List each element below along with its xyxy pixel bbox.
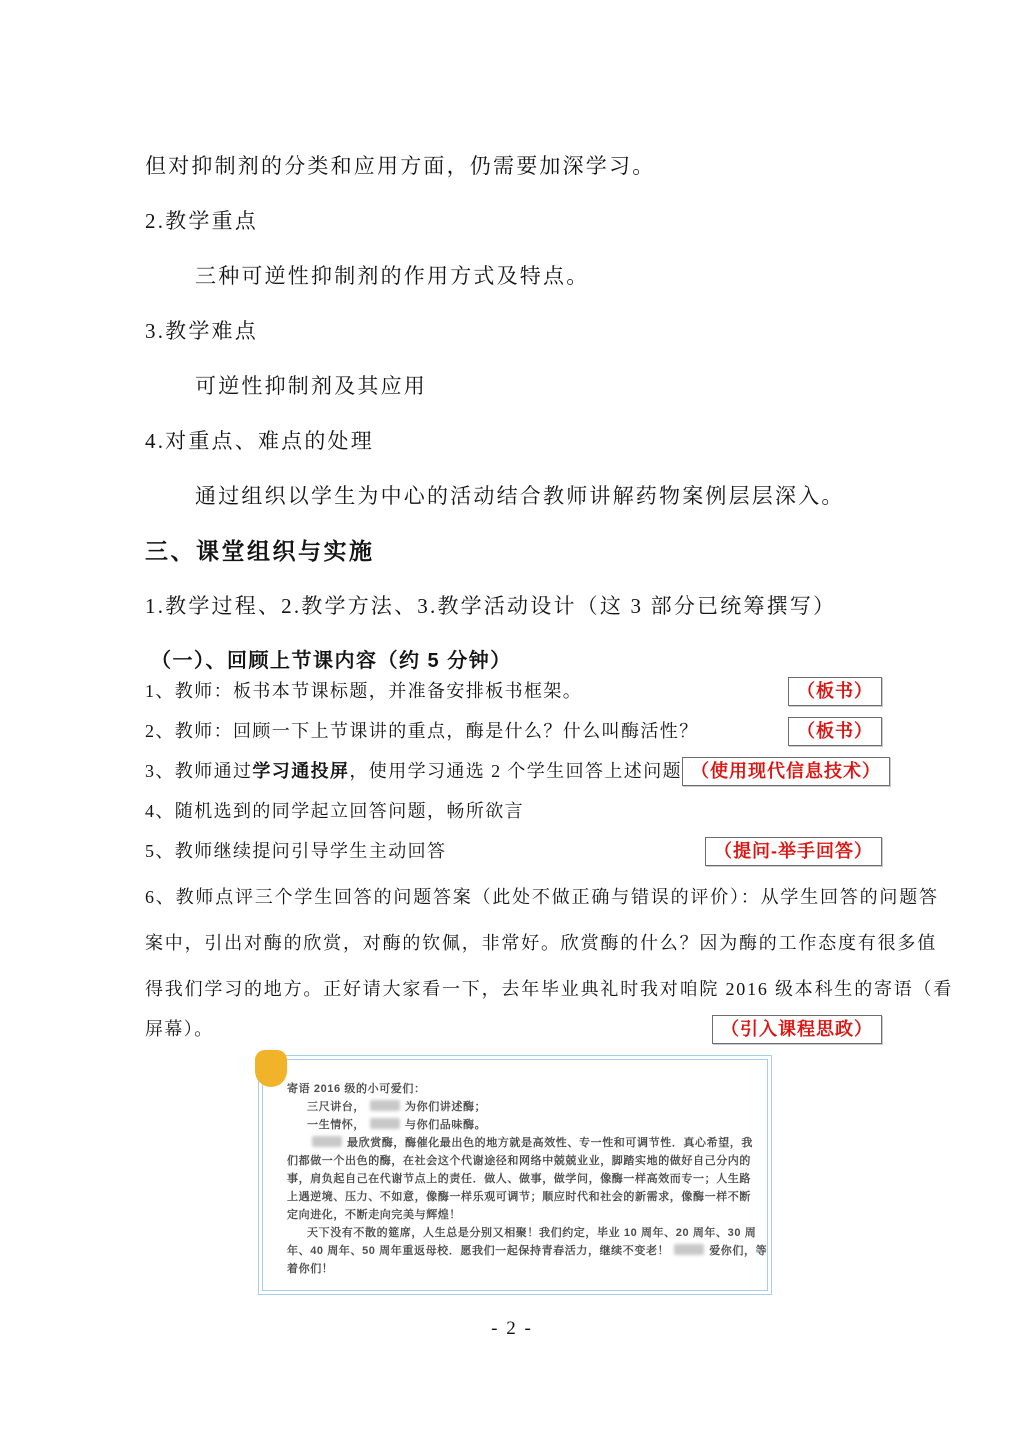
redacted-name: [370, 1118, 400, 1129]
step-text: 2、教师：回顾一下上节课讲的重点，酶是什么？什么叫酶活性？: [145, 717, 699, 745]
lesson-step-6-line: 得我们学习的地方。正好请大家看一下，去年毕业典礼时我对咱院 2016 级本科生的…: [145, 975, 882, 1003]
letter-line: 天下没有不散的筵席，人生总是分别又相聚！我们约定，毕业 10 周年、20 周年、…: [287, 1224, 723, 1242]
letter-line: 定向进化，不断走向完美与辉煌！: [287, 1206, 723, 1224]
annotation-badge-board-writing: （板书）: [788, 717, 882, 746]
redacted-name: [312, 1136, 342, 1147]
message-screenshot: 寄语 2016 级的小可爱们： 三尺讲台，为你们讲述酶； 一生情怀，与你们品味酶…: [258, 1055, 772, 1295]
letter-segment: 爱你们，等: [709, 1245, 767, 1257]
paragraph: 三种可逆性抑制剂的作用方式及特点。: [145, 262, 882, 290]
step-text-bold-segment: 学习通投屏: [252, 761, 349, 781]
annotation-badge-ideology: （引入课程思政）: [712, 1015, 882, 1044]
letter-segment: 为你们讲述酶；: [405, 1101, 486, 1113]
letter-segment: 最欣赏酶，酶催化最出色的地方就是高效性、专一性和可调节性．真心希望，我: [347, 1137, 753, 1149]
letter-segment: 年、40 周年、50 周年重返母校．愿我们一起保持青春活力，继续不变老！: [287, 1245, 669, 1257]
page-number: - 2 -: [0, 1318, 1024, 1340]
lesson-step-6-line: 6、教师点评三个学生回答的问题答案（此处不做正确与错误的评价）：从学生回答的问题…: [145, 883, 882, 911]
section-heading: 三、课堂组织与实施: [145, 537, 882, 565]
annotation-badge-modern-it: （使用现代信息技术）: [682, 757, 890, 786]
letter-line: 事，肩负起自己在代谢节点上的责任．做人、做事，做学问，像酶一样高效而专一；人生路: [287, 1170, 723, 1188]
annotation-badge-raise-hand: （提问-举手回答）: [705, 837, 882, 866]
letter-line: 们都做一个出色的酶，在社会这个代谢途径和网络中兢兢业业，脚踏实地的做好自己分内的: [287, 1152, 723, 1170]
redacted-name: [674, 1244, 704, 1255]
annotation-badge-board-writing: （板书）: [788, 677, 882, 706]
bookmark-pin-icon: [255, 1050, 287, 1087]
letter-line: 年、40 周年、50 周年重返母校．愿我们一起保持青春活力，继续不变老！爱你们，…: [287, 1242, 723, 1260]
lesson-step-3: 3、教师通过学习通投屏，使用学习通选 2 个学生回答上述问题 （使用现代信息技术…: [145, 757, 882, 785]
paragraph: 可逆性抑制剂及其应用: [145, 372, 882, 400]
step-text: 3、教师通过学习通投屏，使用学习通选 2 个学生回答上述问题: [145, 757, 682, 785]
lesson-step-2: 2、教师：回顾一下上节课讲的重点，酶是什么？什么叫酶活性？ （板书）: [145, 717, 882, 745]
letter-line: 上遇逆境、压力、不如意，像酶一样乐观可调节；顺应时代和社会的新需求，像酶一样不断: [287, 1188, 723, 1206]
redacted-name: [370, 1100, 400, 1111]
letter-line: 寄语 2016 级的小可爱们：: [287, 1080, 723, 1098]
lesson-step-6-line: 案中，引出对酶的欣赏，对酶的钦佩，非常好。欣赏酶的什么？因为酶的工作态度有很多值: [145, 929, 882, 957]
step-text: 1、教师：板书本节课标题，并准备安排板书框架。: [145, 677, 582, 705]
step-text: 屏幕）。: [145, 1015, 214, 1043]
step-text-segment: 3、教师通过: [145, 761, 252, 781]
paragraph: 通过组织以学生为中心的活动结合教师讲解药物案例层层深入。: [145, 482, 882, 510]
section-item-handling: 4.对重点、难点的处理: [145, 427, 882, 455]
letter-line: 着你们！: [287, 1260, 723, 1278]
letter-segment: 三尺讲台，: [307, 1101, 365, 1113]
letter-segment: 与你们品味酶。: [405, 1119, 486, 1131]
letter-segment: 一生情怀，: [307, 1119, 365, 1131]
letter-line: 三尺讲台，为你们讲述酶；: [287, 1098, 723, 1116]
subsection-heading: （一）、回顾上节课内容（约 5 分钟）: [145, 647, 882, 675]
step-text: 4、随机选到的同学起立回答问题，畅所欲言: [145, 797, 524, 825]
letter-line: 最欣赏酶，酶催化最出色的地方就是高效性、专一性和可调节性．真心希望，我: [287, 1134, 723, 1152]
lesson-step-1: 1、教师：板书本节课标题，并准备安排板书框架。 （板书）: [145, 677, 882, 705]
section-item-teaching-focus: 2.教学重点: [145, 207, 882, 235]
lesson-step-5: 5、教师继续提问引导学生主动回答 （提问-举手回答）: [145, 837, 882, 865]
section-item-teaching-difficulty: 3.教学难点: [145, 317, 882, 345]
paragraph: 但对抑制剂的分类和应用方面，仍需要加深学习。: [145, 152, 882, 180]
paragraph: 1.教学过程、2.教学方法、3.教学活动设计（这 3 部分已统筹撰写）: [145, 592, 882, 620]
page-content: 但对抑制剂的分类和应用方面，仍需要加深学习。 2.教学重点 三种可逆性抑制剂的作…: [145, 152, 882, 1295]
step-text: 5、教师继续提问引导学生主动回答: [145, 837, 446, 865]
document-page: 但对抑制剂的分类和应用方面，仍需要加深学习。 2.教学重点 三种可逆性抑制剂的作…: [0, 0, 1024, 1448]
letter-line: 一生情怀，与你们品味酶。: [287, 1116, 723, 1134]
lesson-step-6-last-line: 屏幕）。 （引入课程思政）: [145, 1015, 882, 1043]
step-text-segment: ，使用学习通选 2 个学生回答上述问题: [349, 761, 682, 781]
message-screenshot-body: 寄语 2016 级的小可爱们： 三尺讲台，为你们讲述酶； 一生情怀，与你们品味酶…: [262, 1059, 768, 1291]
lesson-step-4: 4、随机选到的同学起立回答问题，畅所欲言: [145, 797, 882, 825]
